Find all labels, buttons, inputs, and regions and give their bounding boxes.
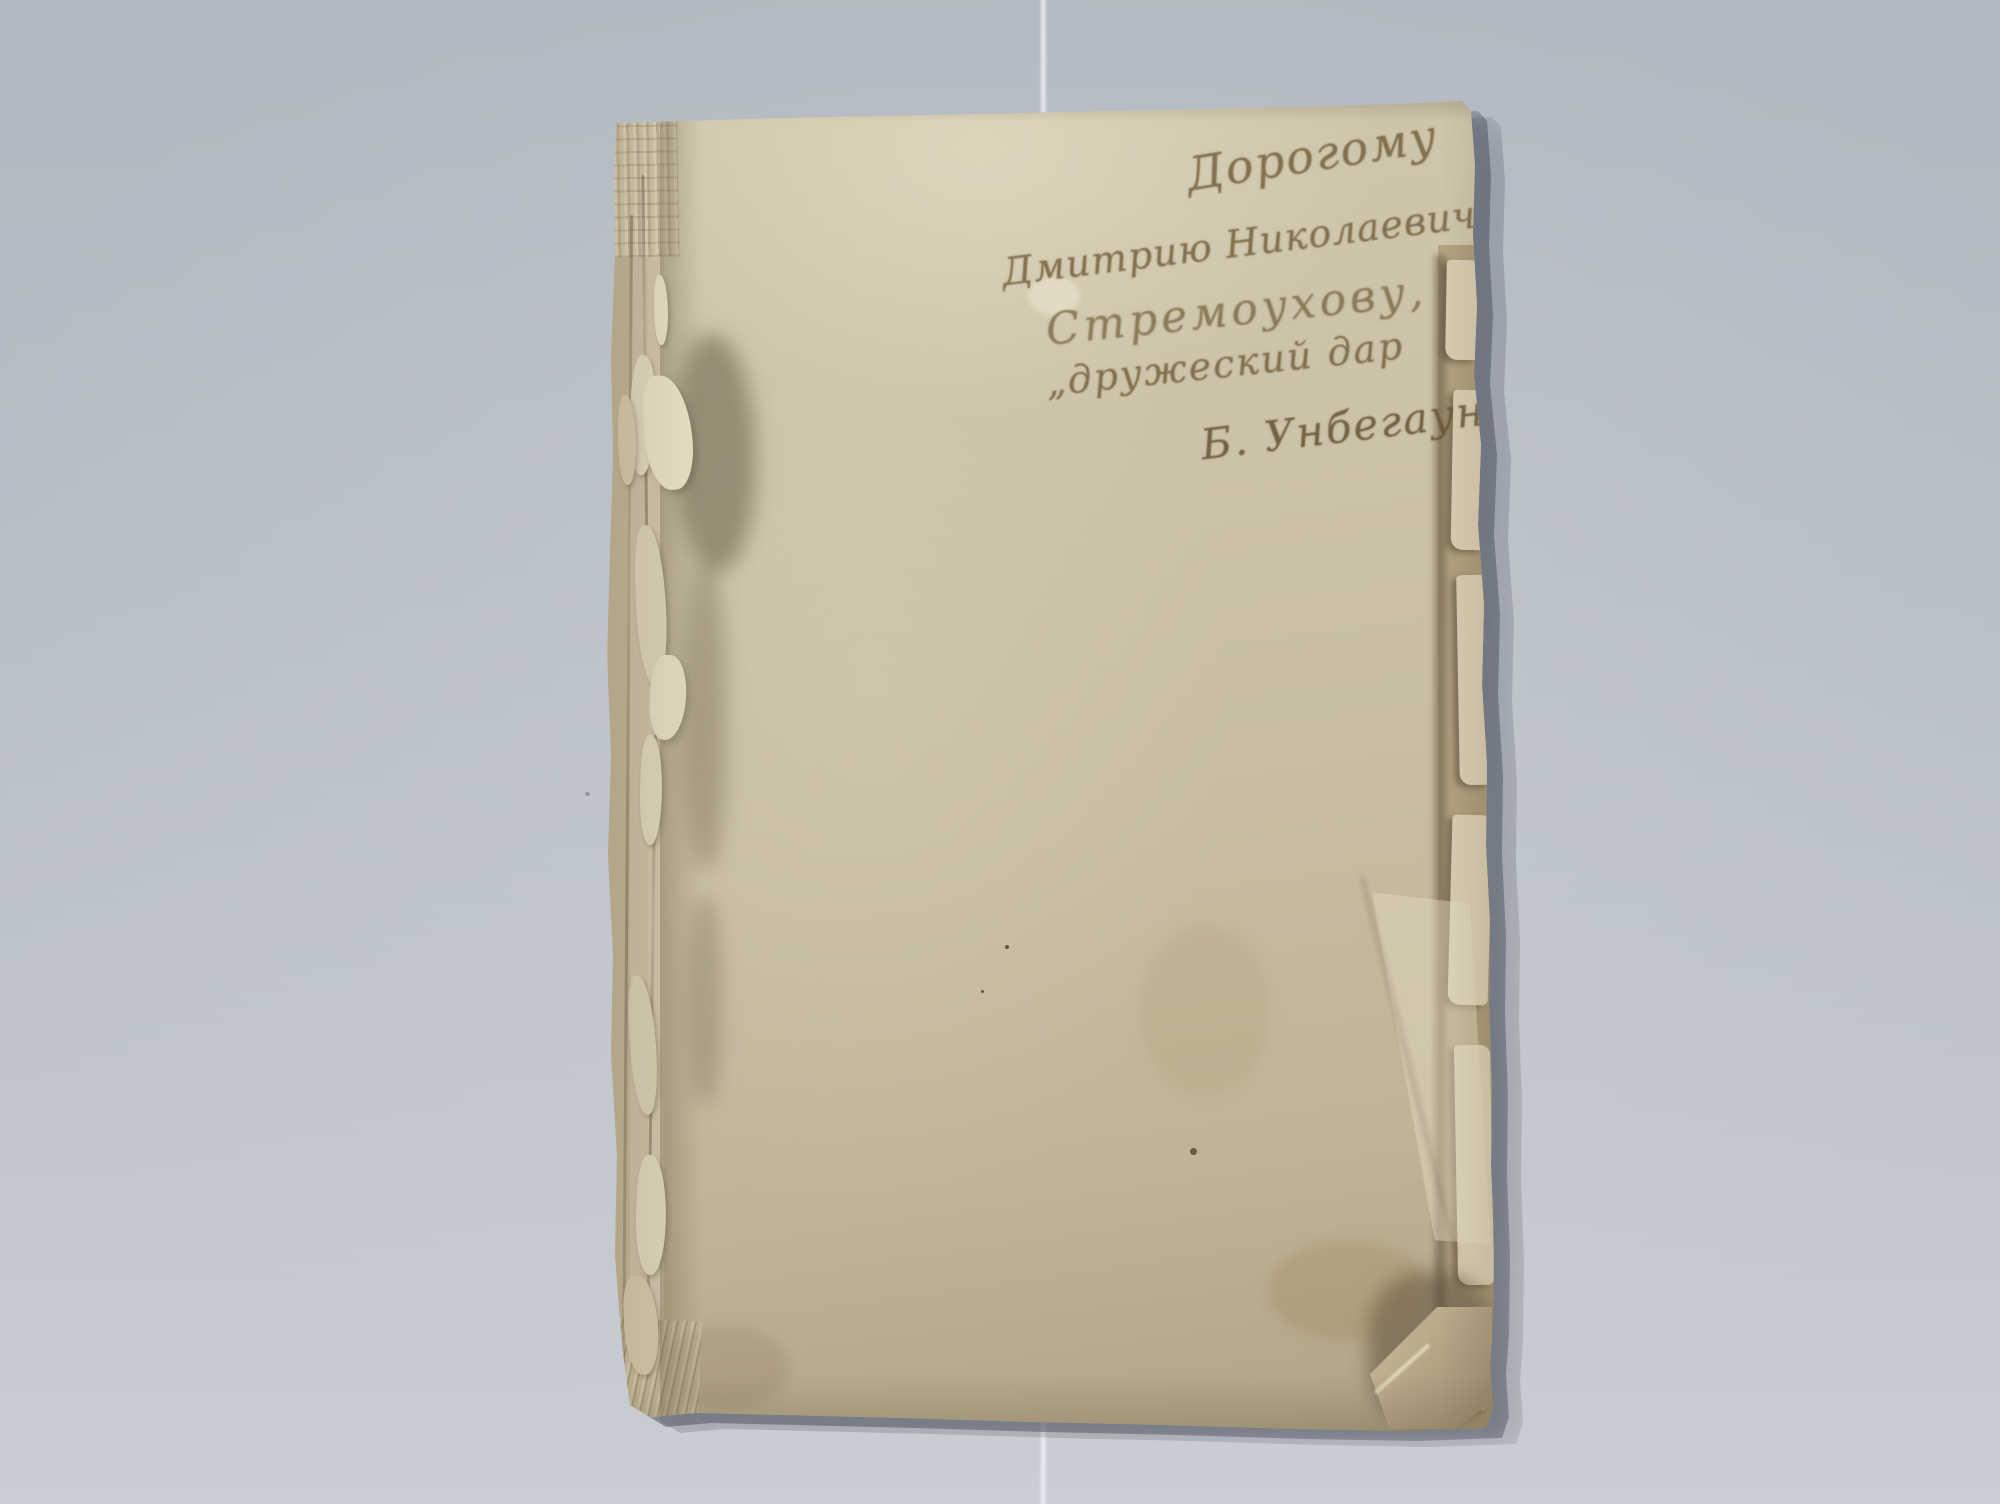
photo-scene: Дорогому Дмитрию Николаевичу Стремоухову… <box>0 0 2000 1504</box>
inscription-line-1: Дорогому <box>1182 108 1441 201</box>
inscription-signature: Б. Унбегаун <box>1198 386 1488 470</box>
handwritten-inscription: Дорогому Дмитрию Николаевичу Стремоухову… <box>1000 120 1500 560</box>
inscription-line-2: Дмитрию Николаевичу <box>999 190 1502 295</box>
backdrop-speck <box>585 792 590 796</box>
book-cover: Дорогому Дмитрию Николаевичу Стремоухову… <box>600 95 1505 1440</box>
